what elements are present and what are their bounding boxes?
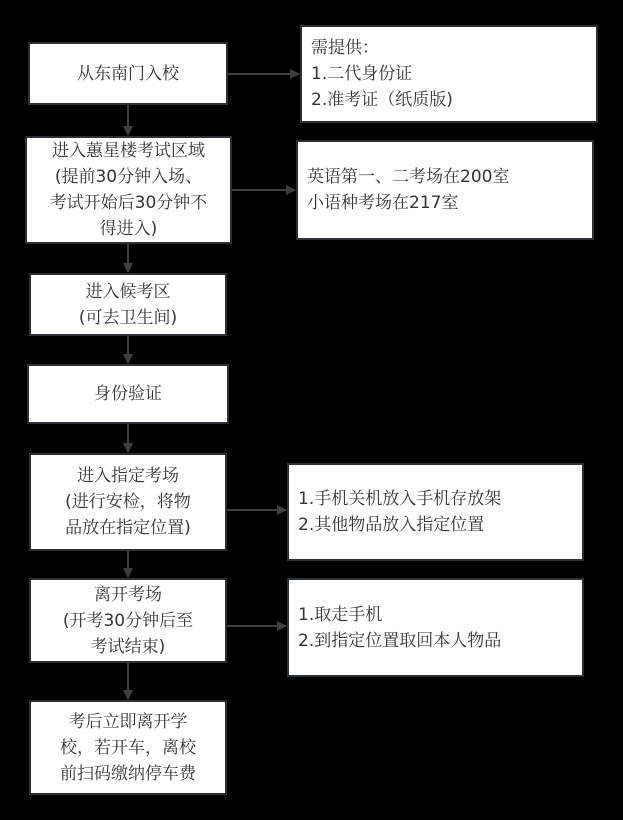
step-label: 从东南门入校 xyxy=(77,61,179,87)
step-label: 考后立即离开学 校，若开车，离校 前扫码缴纳停车费 xyxy=(60,709,196,787)
note-required-documents: 需提供： 1.二代身份证 2.准考证（纸质版) xyxy=(300,25,598,123)
step-label: 离开考场 (开考30分钟后至 考试结束) xyxy=(63,582,193,660)
step-leave-school: 考后立即离开学 校，若开车，离校 前扫码缴纳停车费 xyxy=(29,700,227,795)
step-leave-exam-room: 离开考场 (开考30分钟后至 考试结束) xyxy=(29,578,227,663)
step-identity-check: 身份验证 xyxy=(27,364,229,424)
note-exam-rooms: 英语第一、二考场在200室 小语种考场在217室 xyxy=(296,140,594,240)
step-label: 进入候考区 (可去卫生间) xyxy=(79,279,177,331)
step-label: 进入指定考场 (进行安检，将物 品放在指定位置) xyxy=(65,463,191,541)
note-text: 1.手机关机放入手机存放架 2.其他物品放入指定位置 xyxy=(298,486,501,538)
note-phone-storage: 1.手机关机放入手机存放架 2.其他物品放入指定位置 xyxy=(287,463,584,561)
step-label: 进入蕙星楼考试区域 (提前30分钟入场、 考试开始后30分钟不 得进入) xyxy=(50,138,208,242)
step-enter-exam-room: 进入指定考场 (进行安检，将物 品放在指定位置) xyxy=(29,453,227,551)
note-retrieve-items: 1.取走手机 2.到指定位置取回本人物品 xyxy=(287,578,584,677)
note-text: 1.取走手机 2.到指定位置取回本人物品 xyxy=(298,602,501,654)
step-enter-exam-area: 进入蕙星楼考试区域 (提前30分钟入场、 考试开始后30分钟不 得进入) xyxy=(25,136,232,244)
step-waiting-area: 进入候考区 (可去卫生间) xyxy=(29,273,227,336)
note-text: 需提供： 1.二代身份证 2.准考证（纸质版) xyxy=(311,35,453,113)
step-label: 身份验证 xyxy=(94,381,162,407)
note-text: 英语第一、二考场在200室 小语种考场在217室 xyxy=(307,164,509,216)
step-enter-school: 从东南门入校 xyxy=(28,42,228,105)
